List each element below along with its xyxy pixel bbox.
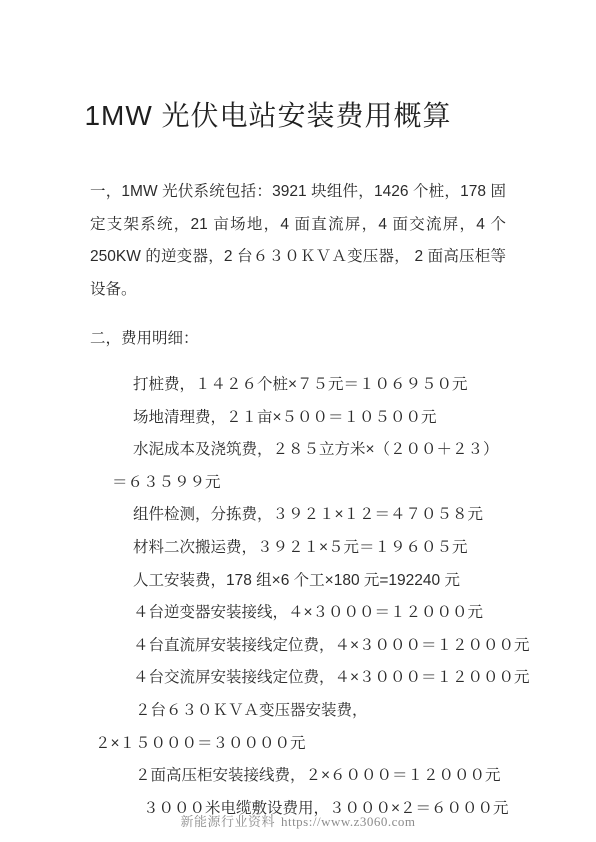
intro-paragraph: 一，1MW 光伏系统包括：3921 块组件，1426 个桩，178 固定支架系统…	[90, 176, 506, 306]
cost-line-material-handling: 材料二次搬运费，３９２１×５元＝１９６０５元	[133, 532, 506, 565]
page-title: 1MW 光伏电站安装费用概算	[60, 0, 476, 136]
section-heading: 二，费用明细：	[90, 323, 506, 356]
cost-line-cement-total: ＝６３５９９元	[112, 467, 506, 500]
cost-line-site-clearing: 场地清理费，２１亩×５００＝１０５００元	[133, 402, 506, 435]
cost-line-cement: 水泥成本及浇筑费，２８５立方米×（２００＋２３）	[133, 434, 506, 467]
cost-line-transformer: ２台６３０ＫＶＡ变压器安装费，	[135, 695, 506, 728]
cost-line-inverter-wiring: ４台逆变器安装接线，４×３０００＝１２０００元	[133, 597, 506, 630]
footer-source-label: 新能源行业资料	[180, 814, 275, 829]
cost-line-labor-install: 人工安装费，178 组×6 个工×180 元=192240 元	[133, 565, 506, 598]
cost-line-hv-cabinet: ２面高压柜安装接线费，２×６０００＝１２０００元	[135, 760, 506, 793]
cost-line-dc-panel: ４台直流屏安装接线定位费，４×３０００＝１２０００元	[133, 630, 506, 663]
cost-line-module-testing: 组件检测，分拣费，３９２１×１２＝４７０５８元	[133, 499, 506, 532]
footer-note: 新能源行业资料https://www.z3060.com	[0, 812, 596, 832]
cost-list: 打桩费，１４２６个桩×７５元＝１０６９５０元 场地清理费，２１亩×５００＝１０５…	[90, 369, 506, 825]
cost-line-transformer-total: ２×１５０００＝３００００元	[95, 728, 506, 761]
cost-line-ac-panel: ４台交流屏安装接线定位费，４×３０００＝１２０００元	[133, 662, 506, 695]
document-page: 1MW 光伏电站安装费用概算 一，1MW 光伏系统包括：3921 块组件，142…	[0, 0, 596, 842]
footer-url: https://www.z3060.com	[281, 814, 416, 829]
cost-line-piling: 打桩费，１４２６个桩×７５元＝１０６９５０元	[133, 369, 506, 402]
